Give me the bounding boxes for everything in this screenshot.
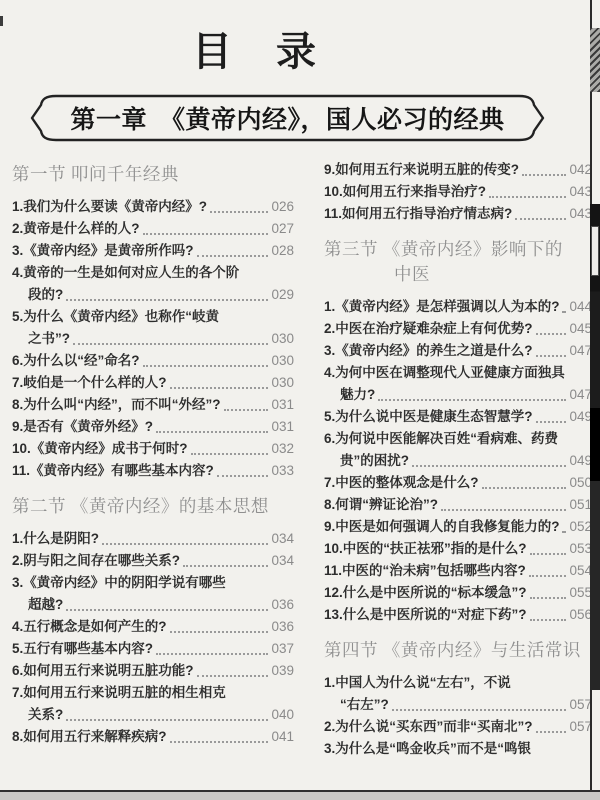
dot-leader bbox=[536, 355, 567, 357]
item-last-line: 5.为什么说中医是健康生态智慧学?049 bbox=[324, 406, 592, 428]
item-last-line: 关系?040 bbox=[12, 704, 294, 726]
dot-leader bbox=[529, 575, 567, 577]
item-last-line: 3.《黄帝内经》的养生之道是什么?047 bbox=[324, 340, 592, 362]
page-spine-shadow bbox=[590, 204, 600, 690]
toc-item: 9.如何用五行来说明五脏的传变?042 bbox=[324, 159, 592, 181]
item-last-line: 2.黄帝是什么样的人?027 bbox=[12, 218, 294, 240]
item-last-line: 6.如何用五行来说明五脏功能?039 bbox=[12, 660, 294, 682]
item-text: 1.我们为什么要读《黄帝内经》? bbox=[12, 196, 207, 218]
item-text: 11.如何用五行指导治疗情志病? bbox=[324, 203, 512, 225]
page-number: 050 bbox=[569, 472, 592, 494]
dot-leader bbox=[66, 609, 268, 611]
item-last-line: 2.阴与阳之间存在哪些关系?034 bbox=[12, 550, 294, 572]
toc-item: 5.为什么《黄帝内经》也称作“岐黄之书”?030 bbox=[12, 306, 294, 350]
item-last-line: 之书”?030 bbox=[12, 328, 294, 350]
item-text: 3.《黄帝内经》的养生之道是什么? bbox=[324, 340, 533, 362]
item-last-line: 9.是否有《黄帝外经》?031 bbox=[12, 416, 294, 438]
toc-item: 2.阴与阳之间存在哪些关系?034 bbox=[12, 550, 294, 572]
section-heading: 第三节 《黄帝内经》影响下的 中医 bbox=[324, 237, 592, 287]
page-number: 030 bbox=[271, 328, 294, 350]
page-number: 049 bbox=[569, 450, 592, 472]
dot-leader bbox=[530, 553, 567, 555]
toc-item: 1.我们为什么要读《黄帝内经》?026 bbox=[12, 196, 294, 218]
toc-item: 4.黄帝的一生是如何对应人生的各个阶段的?029 bbox=[12, 262, 294, 306]
item-last-line: 4.五行概念是如何产生的?036 bbox=[12, 616, 294, 638]
toc-item: 8.何谓“辨证论治”?051 bbox=[324, 494, 592, 516]
item-text: 12.什么是中医所说的“标本缓急”? bbox=[324, 582, 527, 604]
toc-item: 8.为什么叫“内经”，而不叫“外经”?031 bbox=[12, 394, 294, 416]
dot-leader bbox=[197, 675, 269, 677]
item-last-line: 1.《黄帝内经》是怎样强调以人为本的?044 bbox=[324, 296, 592, 318]
page-number: 055 bbox=[569, 582, 592, 604]
page-number: 043 bbox=[569, 203, 592, 225]
item-text: 8.如何用五行来解释疾病? bbox=[12, 726, 167, 748]
dot-leader bbox=[156, 431, 268, 433]
page-number: 047 bbox=[569, 384, 592, 406]
item-text-line: 1.中国人为什么说“左右”，不说 bbox=[324, 672, 592, 694]
page-number: 041 bbox=[271, 726, 294, 748]
page-number: 031 bbox=[271, 416, 294, 438]
toc-item: 8.如何用五行来解释疾病?041 bbox=[12, 726, 294, 748]
dot-leader bbox=[191, 453, 269, 455]
dot-leader bbox=[73, 343, 268, 345]
toc-item: 7.中医的整体观念是什么?050 bbox=[324, 472, 592, 494]
chapter-title: 第一章 《黄帝内经》，国人必习的经典 bbox=[30, 91, 545, 145]
page-number: 047 bbox=[569, 340, 592, 362]
item-text-line: 4.为何中医在调整现代人亚健康方面独具 bbox=[324, 362, 592, 384]
toc-item: 3.《黄帝内经》的养生之道是什么?047 bbox=[324, 340, 592, 362]
page-number: 029 bbox=[271, 284, 294, 306]
toc-item: 10.中医的“扶正祛邪”指的是什么?053 bbox=[324, 538, 592, 560]
dot-leader bbox=[489, 196, 566, 198]
item-text: 贵”的困扰? bbox=[340, 450, 409, 472]
item-text-line: 7.如何用五行来说明五脏的相生相克 bbox=[12, 682, 294, 704]
page-number: 057 bbox=[569, 716, 592, 738]
item-text: “右左”? bbox=[340, 694, 389, 716]
dot-leader bbox=[183, 565, 268, 567]
page-number: 027 bbox=[271, 218, 294, 240]
item-text: 5.为什么说中医是健康生态智慧学? bbox=[324, 406, 533, 428]
item-text-line: 4.黄帝的一生是如何对应人生的各个阶 bbox=[12, 262, 294, 284]
toc-column-right: 9.如何用五行来说明五脏的传变?04210.如何用五行来指导治疗?04311.如… bbox=[324, 159, 592, 775]
page-number: 030 bbox=[271, 350, 294, 372]
dot-leader bbox=[482, 487, 567, 489]
toc-item: 5.五行有哪些基本内容?037 bbox=[12, 638, 294, 660]
dot-leader bbox=[217, 475, 269, 477]
page-number: 036 bbox=[271, 616, 294, 638]
page-number: 036 bbox=[271, 594, 294, 616]
toc-item: 2.黄帝是什么样的人?027 bbox=[12, 218, 294, 240]
section-heading: 第四节 《黄帝内经》与生活常识 bbox=[324, 638, 592, 663]
toc-item: 2.为什么说“买东西”而非“买南北”?057 bbox=[324, 716, 592, 738]
item-last-line: 7.岐伯是一个什么样的人?030 bbox=[12, 372, 294, 394]
item-text: 之书”? bbox=[28, 328, 70, 350]
item-last-line: 6.为什么以“经”命名?030 bbox=[12, 350, 294, 372]
toc-item: 10.如何用五行来指导治疗?043 bbox=[324, 181, 592, 203]
item-text: 11.中医的“治未病”包括哪些内容? bbox=[324, 560, 526, 582]
page-number: 031 bbox=[271, 394, 294, 416]
toc-item: 10.《黄帝内经》成书于何时?032 bbox=[12, 438, 294, 460]
item-text: 段的? bbox=[28, 284, 63, 306]
item-text: 1.什么是阴阳? bbox=[12, 528, 99, 550]
item-last-line: 2.中医在治疗疑难杂症上有何优势?045 bbox=[324, 318, 592, 340]
item-last-line: 5.五行有哪些基本内容?037 bbox=[12, 638, 294, 660]
dot-leader bbox=[536, 731, 567, 733]
dot-leader bbox=[515, 218, 566, 220]
item-last-line: 3.《黄帝内经》是黄帝所作吗?028 bbox=[12, 240, 294, 262]
page-number: 039 bbox=[271, 660, 294, 682]
item-text: 9.如何用五行来说明五脏的传变? bbox=[324, 159, 519, 181]
dot-leader bbox=[224, 409, 269, 411]
item-text: 2.黄帝是什么样的人? bbox=[12, 218, 140, 240]
item-last-line: 段的?029 bbox=[12, 284, 294, 306]
dot-leader bbox=[170, 631, 269, 633]
item-last-line: 魅力?047 bbox=[324, 384, 592, 406]
page-number: 051 bbox=[569, 494, 592, 516]
item-text: 2.中医在治疗疑难杂症上有何优势? bbox=[324, 318, 533, 340]
item-last-line: 2.为什么说“买东西”而非“买南北”?057 bbox=[324, 716, 592, 738]
toc-item: 3.《黄帝内经》是黄帝所作吗?028 bbox=[12, 240, 294, 262]
item-text-line: 3.《黄帝内经》中的阴阳学说有哪些 bbox=[12, 572, 294, 594]
item-last-line: 10.如何用五行来指导治疗?043 bbox=[324, 181, 592, 203]
dot-leader bbox=[66, 299, 268, 301]
item-text: 3.《黄帝内经》是黄帝所作吗? bbox=[12, 240, 194, 262]
toc-item: 9.中医是如何强调人的自我修复能力的?052 bbox=[324, 516, 592, 538]
dot-leader bbox=[170, 387, 269, 389]
dot-leader bbox=[170, 741, 269, 743]
dot-leader bbox=[536, 333, 567, 335]
page-number: 040 bbox=[271, 704, 294, 726]
toc-item: 6.为什么以“经”命名?030 bbox=[12, 350, 294, 372]
toc-item: 9.是否有《黄帝外经》?031 bbox=[12, 416, 294, 438]
toc-item: 6.如何用五行来说明五脏功能?039 bbox=[12, 660, 294, 682]
spine-notch bbox=[591, 226, 599, 276]
item-last-line: 13.什么是中医所说的“对症下药”?056 bbox=[324, 604, 592, 626]
item-last-line: 11.中医的“治未病”包括哪些内容?054 bbox=[324, 560, 592, 582]
item-last-line: 贵”的困扰?049 bbox=[324, 450, 592, 472]
page-number: 032 bbox=[271, 438, 294, 460]
toc-columns: 第一节 叩问千年经典1.我们为什么要读《黄帝内经》?0262.黄帝是什么样的人?… bbox=[0, 159, 600, 775]
dot-leader bbox=[102, 543, 268, 545]
item-last-line: 11.如何用五行指导治疗情志病?043 bbox=[324, 203, 592, 225]
page-number: 043 bbox=[569, 181, 592, 203]
item-last-line: 8.如何用五行来解释疾病?041 bbox=[12, 726, 294, 748]
page-number: 052 bbox=[569, 516, 592, 538]
item-last-line: 8.何谓“辨证论治”?051 bbox=[324, 494, 592, 516]
toc-column-left: 第一节 叩问千年经典1.我们为什么要读《黄帝内经》?0262.黄帝是什么样的人?… bbox=[12, 159, 294, 775]
item-text: 10.《黄帝内经》成书于何时? bbox=[12, 438, 188, 460]
item-text-line: 5.为什么《黄帝内经》也称作“岐黄 bbox=[12, 306, 294, 328]
item-last-line: “右左”?057 bbox=[324, 694, 592, 716]
toc-item: 12.什么是中医所说的“标本缓急”?055 bbox=[324, 582, 592, 604]
item-last-line: 7.中医的整体观念是什么?050 bbox=[324, 472, 592, 494]
page-number: 026 bbox=[271, 196, 294, 218]
page-number: 037 bbox=[271, 638, 294, 660]
item-text: 8.为什么叫“内经”，而不叫“外经”? bbox=[12, 394, 221, 416]
item-last-line: 3.为什么是“鸣金收兵”而不是“鸣银 bbox=[324, 738, 592, 760]
page-number: 049 bbox=[569, 406, 592, 428]
item-last-line: 9.如何用五行来说明五脏的传变?042 bbox=[324, 159, 592, 181]
item-last-line: 9.中医是如何强调人的自我修复能力的?052 bbox=[324, 516, 592, 538]
page-spine-hatch-texture bbox=[590, 28, 600, 92]
item-text: 6.为什么以“经”命名? bbox=[12, 350, 140, 372]
toc-item: 11.如何用五行指导治疗情志病?043 bbox=[324, 203, 592, 225]
item-last-line: 10.中医的“扶正祛邪”指的是什么?053 bbox=[324, 538, 592, 560]
toc-item: 5.为什么说中医是健康生态智慧学?049 bbox=[324, 406, 592, 428]
dot-leader bbox=[143, 233, 269, 235]
item-text-line: 6.为何说中医能解决百姓“看病难、药费 bbox=[324, 428, 592, 450]
dot-leader bbox=[66, 719, 268, 721]
item-last-line: 超越?036 bbox=[12, 594, 294, 616]
dot-leader bbox=[143, 365, 269, 367]
toc-item: 11.《黄帝内经》有哪些基本内容?033 bbox=[12, 460, 294, 482]
dot-leader bbox=[412, 465, 566, 467]
item-text: 9.是否有《黄帝外经》? bbox=[12, 416, 153, 438]
dot-leader bbox=[210, 211, 268, 213]
scan-bottom-edge bbox=[0, 790, 600, 800]
toc-item: 3.为什么是“鸣金收兵”而不是“鸣银 bbox=[324, 738, 592, 760]
page-number: 042 bbox=[569, 159, 592, 181]
item-text: 魅力? bbox=[340, 384, 375, 406]
toc-item: 3.《黄帝内经》中的阴阳学说有哪些超越?036 bbox=[12, 572, 294, 616]
page-number: 034 bbox=[271, 528, 294, 550]
item-text: 2.阴与阳之间存在哪些关系? bbox=[12, 550, 180, 572]
section-heading: 第一节 叩问千年经典 bbox=[12, 162, 294, 187]
item-text: 5.五行有哪些基本内容? bbox=[12, 638, 153, 660]
page-number: 045 bbox=[569, 318, 592, 340]
page-number: 033 bbox=[271, 460, 294, 482]
dot-leader bbox=[562, 531, 566, 533]
toc-item: 7.岐伯是一个什么样的人?030 bbox=[12, 372, 294, 394]
item-last-line: 8.为什么叫“内经”，而不叫“外经”?031 bbox=[12, 394, 294, 416]
item-text: 9.中医是如何强调人的自我修复能力的? bbox=[324, 516, 559, 538]
chapter-banner: 第一章 《黄帝内经》，国人必习的经典 bbox=[30, 91, 545, 145]
toc-item: 1.《黄帝内经》是怎样强调以人为本的?044 bbox=[324, 296, 592, 318]
item-last-line: 12.什么是中医所说的“标本缓急”?055 bbox=[324, 582, 592, 604]
toc-item: 11.中医的“治未病”包括哪些内容?054 bbox=[324, 560, 592, 582]
dot-leader bbox=[536, 421, 567, 423]
page-number: 030 bbox=[271, 372, 294, 394]
dot-leader bbox=[441, 509, 566, 511]
page-number: 054 bbox=[569, 560, 592, 582]
item-last-line: 1.什么是阴阳?034 bbox=[12, 528, 294, 550]
item-text: 2.为什么说“买东西”而非“买南北”? bbox=[324, 716, 533, 738]
toc-item: 2.中医在治疗疑难杂症上有何优势?045 bbox=[324, 318, 592, 340]
dot-leader bbox=[197, 255, 269, 257]
item-last-line: 10.《黄帝内经》成书于何时?032 bbox=[12, 438, 294, 460]
dot-leader bbox=[392, 709, 567, 711]
item-text: 3.为什么是“鸣金收兵”而不是“鸣银 bbox=[324, 738, 531, 760]
page-title: 目 录 bbox=[0, 20, 510, 77]
item-text: 8.何谓“辨证论治”? bbox=[324, 494, 438, 516]
page-number: 053 bbox=[569, 538, 592, 560]
item-text: 关系? bbox=[28, 704, 63, 726]
item-text: 超越? bbox=[28, 594, 63, 616]
dot-leader bbox=[530, 597, 567, 599]
page-number: 044 bbox=[569, 296, 592, 318]
dot-leader bbox=[530, 619, 567, 621]
toc-item: 6.为何说中医能解决百姓“看病难、药费贵”的困扰?049 bbox=[324, 428, 592, 472]
page-number: 057 bbox=[569, 694, 592, 716]
item-text: 10.中医的“扶正祛邪”指的是什么? bbox=[324, 538, 527, 560]
toc-item: 4.五行概念是如何产生的?036 bbox=[12, 616, 294, 638]
dot-leader bbox=[378, 399, 566, 401]
item-text: 11.《黄帝内经》有哪些基本内容? bbox=[12, 460, 214, 482]
dot-leader bbox=[522, 174, 566, 176]
item-last-line: 11.《黄帝内经》有哪些基本内容?033 bbox=[12, 460, 294, 482]
toc-item: 1.中国人为什么说“左右”，不说“右左”?057 bbox=[324, 672, 592, 716]
dot-leader bbox=[156, 653, 268, 655]
toc-item: 7.如何用五行来说明五脏的相生相克关系?040 bbox=[12, 682, 294, 726]
item-text: 1.《黄帝内经》是怎样强调以人为本的? bbox=[324, 296, 559, 318]
page-number: 028 bbox=[271, 240, 294, 262]
page-number: 034 bbox=[271, 550, 294, 572]
toc-item: 1.什么是阴阳?034 bbox=[12, 528, 294, 550]
item-last-line: 1.我们为什么要读《黄帝内经》?026 bbox=[12, 196, 294, 218]
dot-leader bbox=[562, 311, 566, 313]
item-text: 6.如何用五行来说明五脏功能? bbox=[12, 660, 194, 682]
item-text: 4.五行概念是如何产生的? bbox=[12, 616, 167, 638]
scan-corner-speck bbox=[0, 16, 3, 26]
section-heading: 第二节 《黄帝内经》的基本思想 bbox=[12, 494, 294, 519]
toc-item: 13.什么是中医所说的“对症下药”?056 bbox=[324, 604, 592, 626]
item-text: 10.如何用五行来指导治疗? bbox=[324, 181, 486, 203]
item-text: 13.什么是中医所说的“对症下药”? bbox=[324, 604, 527, 626]
toc-item: 4.为何中医在调整现代人亚健康方面独具魅力?047 bbox=[324, 362, 592, 406]
item-text: 7.中医的整体观念是什么? bbox=[324, 472, 479, 494]
page-number: 056 bbox=[569, 604, 592, 626]
item-text: 7.岐伯是一个什么样的人? bbox=[12, 372, 167, 394]
